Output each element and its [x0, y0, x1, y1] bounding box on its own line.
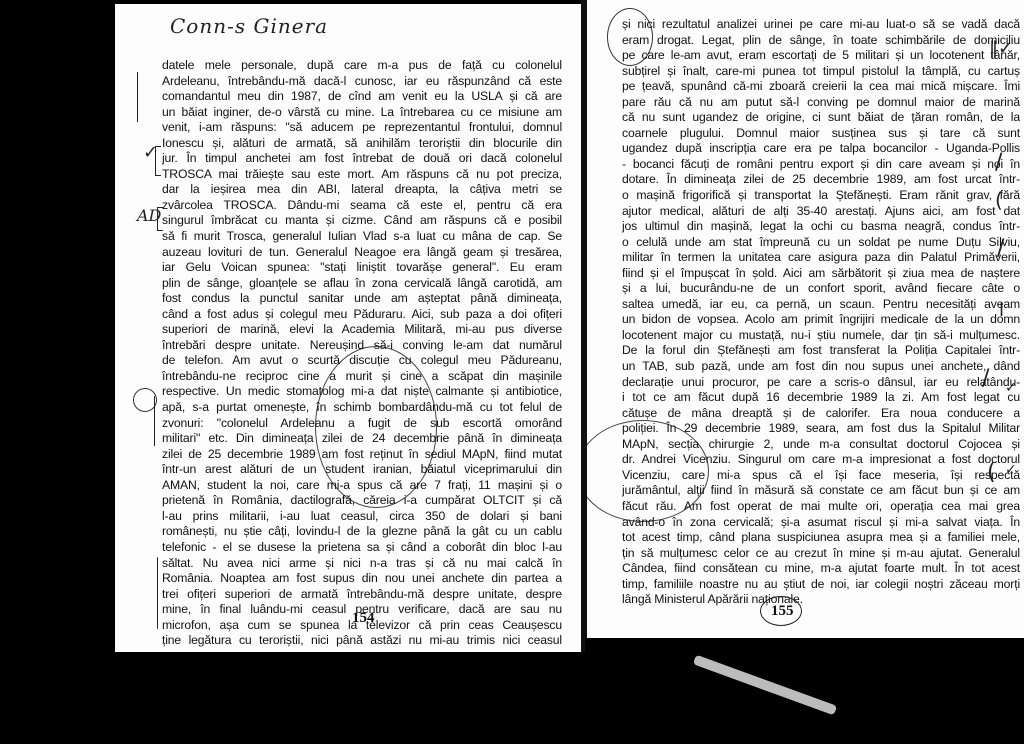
text-line: ține legătura cu teroriștii, nici până a…: [162, 633, 562, 649]
text-line: dotare. În dimineața zilei de 25 decembr…: [622, 172, 1020, 188]
text-line: pe țeavă, spunând că-mi zboară creierii …: [622, 79, 1020, 95]
text-line: Vicenziu, care mi-a spus că el își face …: [622, 468, 1020, 484]
text-line: zilei de 25 decembrie 1989 am fost rețin…: [162, 447, 562, 463]
text-line: o mașină frigorifică și transportat la Ș…: [622, 188, 1020, 204]
right-page-body-text: și nici rezultatul analizei urinei pe ca…: [622, 17, 1020, 608]
text-line: lângă Ministerul Apărării naționale.: [622, 592, 1020, 608]
text-line: trei ofițeri superiori de armată întrebâ…: [162, 587, 562, 603]
text-line: coarnele plugului. Domnul maior susținea…: [622, 126, 1020, 142]
text-line: singurul îmbrăcat cu manta și cizme. Cân…: [162, 213, 562, 229]
page-number-left: 154: [352, 610, 375, 627]
text-line: și a lui, bucurându-ne de un confort spo…: [622, 281, 1020, 297]
text-line: l-au prins militarii, i-au luat ceasul, …: [162, 509, 562, 525]
text-line: i tot ce am făcut după 16 decembrie 1989…: [622, 390, 1020, 406]
text-line: că nu sunt ugandez de origine, ci sunt b…: [622, 110, 1020, 126]
text-line: ajutor medical, alături de alți 35-40 ar…: [622, 204, 1020, 220]
left-page: Conn-s Ginera ✓ AD datele mele personale…: [115, 4, 581, 652]
text-line: un TAB, sub pază, unde am fost din nou s…: [622, 359, 1020, 375]
margin-bracket-mark: [155, 146, 161, 176]
text-line: poliției. În 29 decembrie 1989, seara, a…: [622, 421, 1020, 437]
text-line: România. Noaptea am fost supus din nou u…: [162, 571, 562, 587]
text-line: - bocanci făcuți de români pentru export…: [622, 157, 1020, 173]
text-line: cătușe de mâna dreaptă și de calorifer. …: [622, 406, 1020, 422]
text-line: MApN, secția chirurgie 2, unde m-a consu…: [622, 437, 1020, 453]
text-line: într-un arest alături de un student iran…: [162, 462, 562, 478]
text-line: o celulă unde am stat împreună cu un sol…: [622, 235, 1020, 251]
text-line: TROSCA mai trăiește sau este mort. Am ră…: [162, 167, 562, 183]
scan-background: [0, 652, 1024, 744]
text-line: pare rău că nu am putut să-l conving pe …: [622, 95, 1020, 111]
text-line: Cândea, fiind consătean cu mine, m-a aju…: [622, 561, 1020, 577]
text-line: zvonuri: "colonelul Ardeleanu a fugit de…: [162, 416, 562, 432]
text-line: respective. Un medic stomatolog mi-a dat…: [162, 384, 562, 400]
text-line: Ionescu și, alături de armată, să anihil…: [162, 136, 562, 152]
text-line: pe care le-am avut, eram escortați de 5 …: [622, 48, 1020, 64]
text-line: făcut rău. Am fost operat de mai multe o…: [622, 499, 1020, 515]
text-line: să fi murit Trosca, generalul Iulian Vla…: [162, 229, 562, 245]
text-line: întrebări despre unitate. Nereușind să-i…: [162, 338, 562, 354]
text-line: saltea umedă, iar eu, ca pernă, un scaun…: [622, 297, 1020, 313]
text-line: țin să mulțumesc celor ce au crezut în m…: [622, 546, 1020, 562]
right-page: ‖✓ / ( / l / ✓ ( ✓ și nici rezultatul an…: [583, 0, 1024, 638]
text-line: dar la ieșirea mea din ABI, lateral drea…: [162, 182, 562, 198]
text-line: telefonic - el se dusese la prietena sa …: [162, 540, 562, 556]
text-line: prietenă în România, dactilografă, cărei…: [162, 493, 562, 509]
text-line: locotenent major cu mustață, nu-i știu n…: [622, 328, 1020, 344]
page-number-right: 155: [771, 603, 794, 620]
text-line: jos ultimul din mașină, legat la ochi cu…: [622, 219, 1020, 235]
text-line: iar Gelu Voican spunea: "stați liniștit …: [162, 260, 562, 276]
text-line: datele mele personale, după care m-a pus…: [162, 58, 562, 74]
text-line: apă, s-a purtat omenește, în schimb bomb…: [162, 400, 562, 416]
text-line: AMAN, student la noi, care mi-a spus că …: [162, 478, 562, 494]
text-line: întrebându-ne reciproc cine a murit și c…: [162, 369, 562, 385]
text-line: un bidon de vopsea. Acolo am primit îngr…: [622, 312, 1020, 328]
text-line: zvârcolea TROSCA. Dându-mi seama că este…: [162, 198, 562, 214]
text-line: militari" etc. Din dimineața zilei de 24…: [162, 431, 562, 447]
handwritten-header: Conn-s Ginera: [170, 14, 328, 38]
text-line: având-o în zona cervicală; și-a asumat r…: [622, 515, 1020, 531]
margin-bracket-mark: [154, 396, 155, 446]
margin-bar-mark: [137, 72, 138, 122]
text-line: ugandez după inscripția care era pe talp…: [622, 141, 1020, 157]
text-line: fost condus la punctul sanitar unde am a…: [162, 291, 562, 307]
text-line: timp, familiile noastre nu au știut de n…: [622, 577, 1020, 593]
text-line: dr. Andrei Vicenziu. Singurul om care m-…: [622, 452, 1020, 468]
text-line: subțirel și înalt, care-mi punea tot tim…: [622, 64, 1020, 80]
text-line: un băiat inginer, de-o vârstă cu mine. L…: [162, 105, 562, 121]
text-line: Ardeleanu, întrebându-mă dacă-l cunosc, …: [162, 74, 562, 90]
text-line: fiind și el împușcat în șold. Aici am să…: [622, 266, 1020, 282]
text-line: venit, i-am răspuns: "să aducem pe repre…: [162, 120, 562, 136]
text-line: plin de sânge, gloanțele se aflau în zon…: [162, 276, 562, 292]
text-line: românești, nu știe câți, lovindu-l de la…: [162, 524, 562, 540]
text-line: auzeau lovituri de tun. Generalul Neagoe…: [162, 245, 562, 261]
text-line: și nici rezultatul analizei urinei pe ca…: [622, 17, 1020, 33]
text-line: militar în termen la unitatea care asigu…: [622, 250, 1020, 266]
text-line: săltat. Nu avea nici arme și nici n-a tr…: [162, 556, 562, 572]
text-line: superiori de marină, elevi la Academia M…: [162, 322, 562, 338]
text-line: jurământul, alții fiind în măsură să con…: [622, 483, 1020, 499]
paper-scrap: [693, 655, 837, 716]
text-line: când a fost adus și colegul meu Păduraru…: [162, 307, 562, 323]
left-page-body-text: datele mele personale, după care m-a pus…: [162, 58, 562, 649]
text-line: declarație unui procuror, pe care a scri…: [622, 375, 1020, 391]
text-line: De la forul din Ștefănești am fost trans…: [622, 343, 1020, 359]
text-line: eram drogat. Legat, plin de sânge, în to…: [622, 33, 1020, 49]
margin-bracket-mark: [157, 557, 158, 629]
text-line: de telefon. Am avut o scurtă discuție cu…: [162, 353, 562, 369]
text-line: jur. În timpul anchetei am fost întrebat…: [162, 151, 562, 167]
text-line: tot acest timp, când plana suspiciunea a…: [622, 530, 1020, 546]
text-line: comandantul meu din 1987, de cînd am ven…: [162, 89, 562, 105]
